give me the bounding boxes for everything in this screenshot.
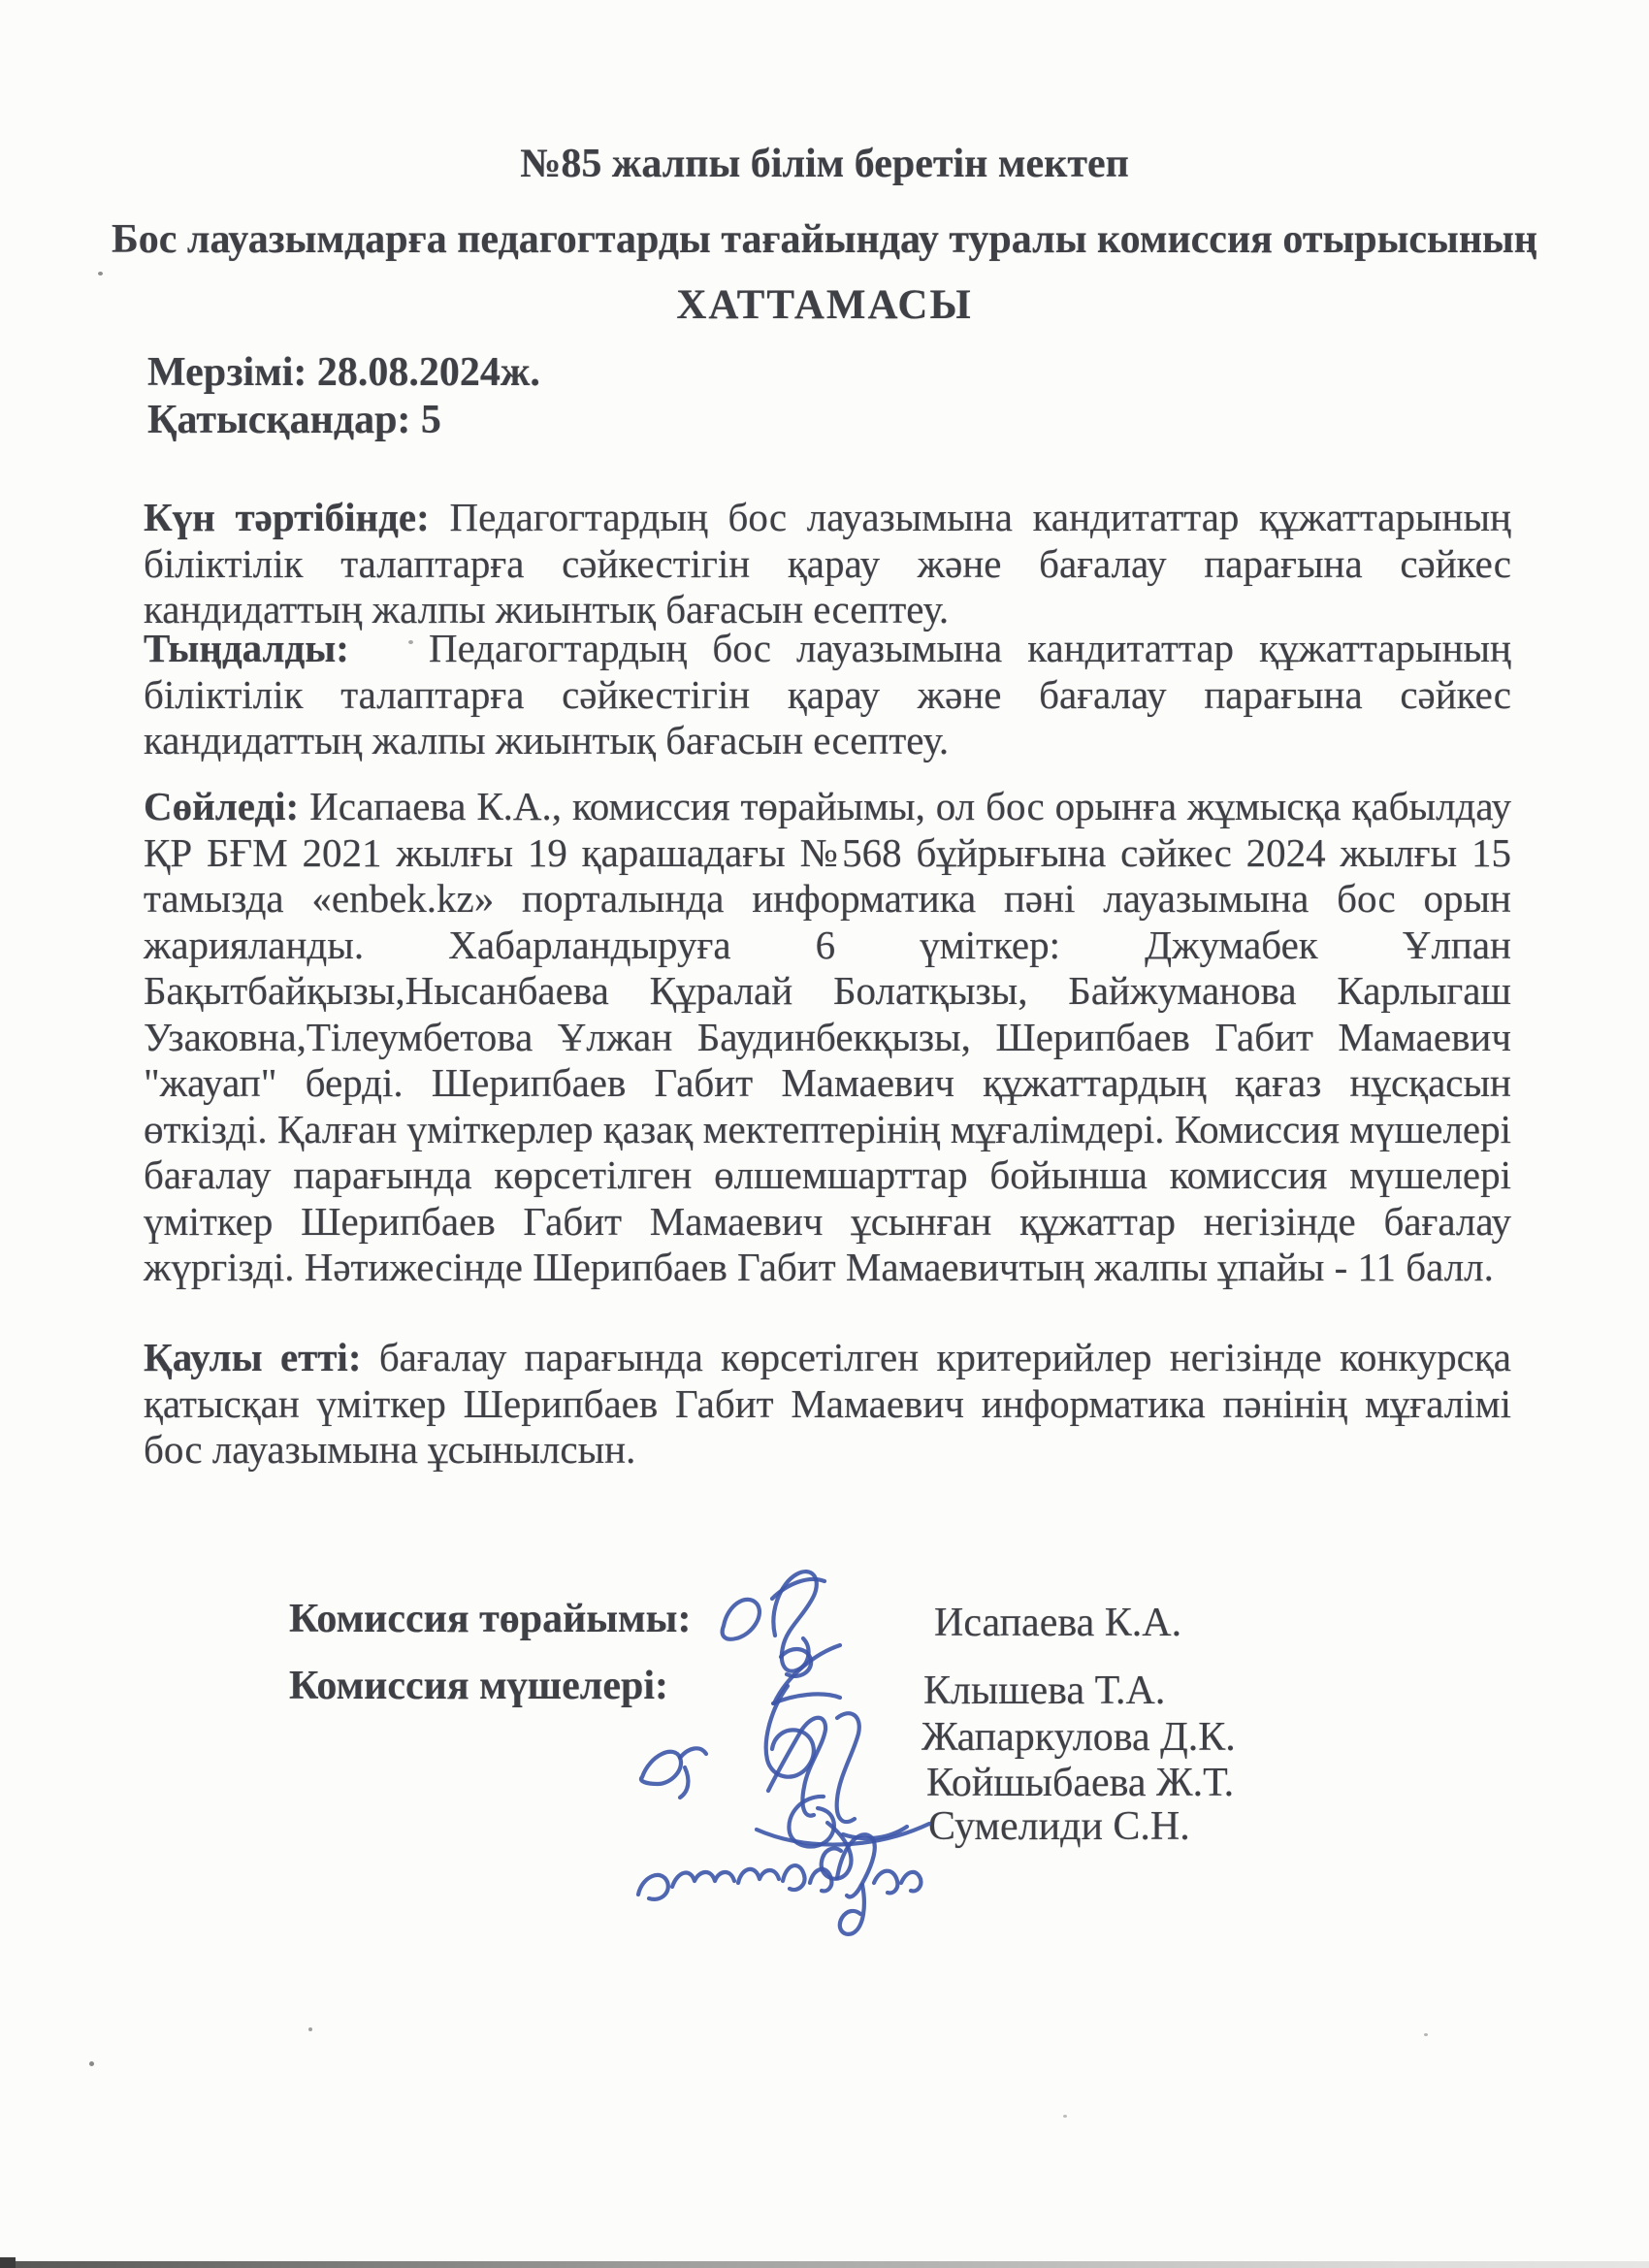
signature-member1-ink (766, 1645, 840, 1777)
scan-speck (408, 640, 413, 644)
signature-member4-ink (638, 1834, 921, 1934)
resolved-lead: Қаулы етті: (144, 1335, 361, 1379)
scan-artifact-bottom-corner (0, 2257, 16, 2268)
chair-name: Исапаева К.А. (934, 1600, 1181, 1646)
heard-text: Педагогтардың бос лауазымына кандитаттар… (144, 626, 1511, 762)
protocol-subject: Бос лауазымдарға педагогтарды тағайындау… (0, 216, 1649, 263)
spoke-lead: Сөйледі: (144, 784, 299, 828)
agenda-lead: Күн тәртібінде: (144, 495, 430, 539)
meta-block: Мерзімі: 28.08.2024ж. Қатысқандар: 5 (147, 349, 540, 444)
resolved-paragraph: Қаулы етті: бағалау парағында көрсетілге… (144, 1335, 1511, 1474)
school-title: №85 жалпы білім беретін мектеп (0, 141, 1649, 187)
agenda-paragraph: Күн тәртібінде: Педагогтардың бос лауазы… (144, 495, 1511, 633)
protocol-heading: ХАТТАМАСЫ (0, 281, 1649, 329)
heard-lead: Тыңдалды: (144, 626, 349, 670)
signatures-ink (582, 1542, 970, 1950)
heard-paragraph: Тыңдалды: Педагогтардың бос лауазымына к… (144, 626, 1511, 764)
date-line: Мерзімі: 28.08.2024ж. (147, 349, 540, 397)
participants-line: Қатысқандар: 5 (147, 397, 540, 444)
scanned-protocol-page: №85 жалпы білім беретін мектеп Бос лауаз… (0, 0, 1649, 2268)
spoke-paragraph: Сөйледі: Исапаева К.А., комиссия төрайым… (144, 784, 1511, 1291)
scan-speck (98, 272, 103, 275)
spoke-text: Исапаева К.А., комиссия төрайымы, ол бос… (144, 784, 1511, 1289)
scan-speck (308, 2027, 312, 2031)
scan-speck (89, 2061, 94, 2066)
scan-artifact-bottom-edge (0, 2261, 1649, 2268)
member-name: Койшыбаева Ж.Т. (926, 1760, 1234, 1806)
scan-speck (1063, 2115, 1067, 2118)
scan-speck (1424, 2033, 1428, 2036)
